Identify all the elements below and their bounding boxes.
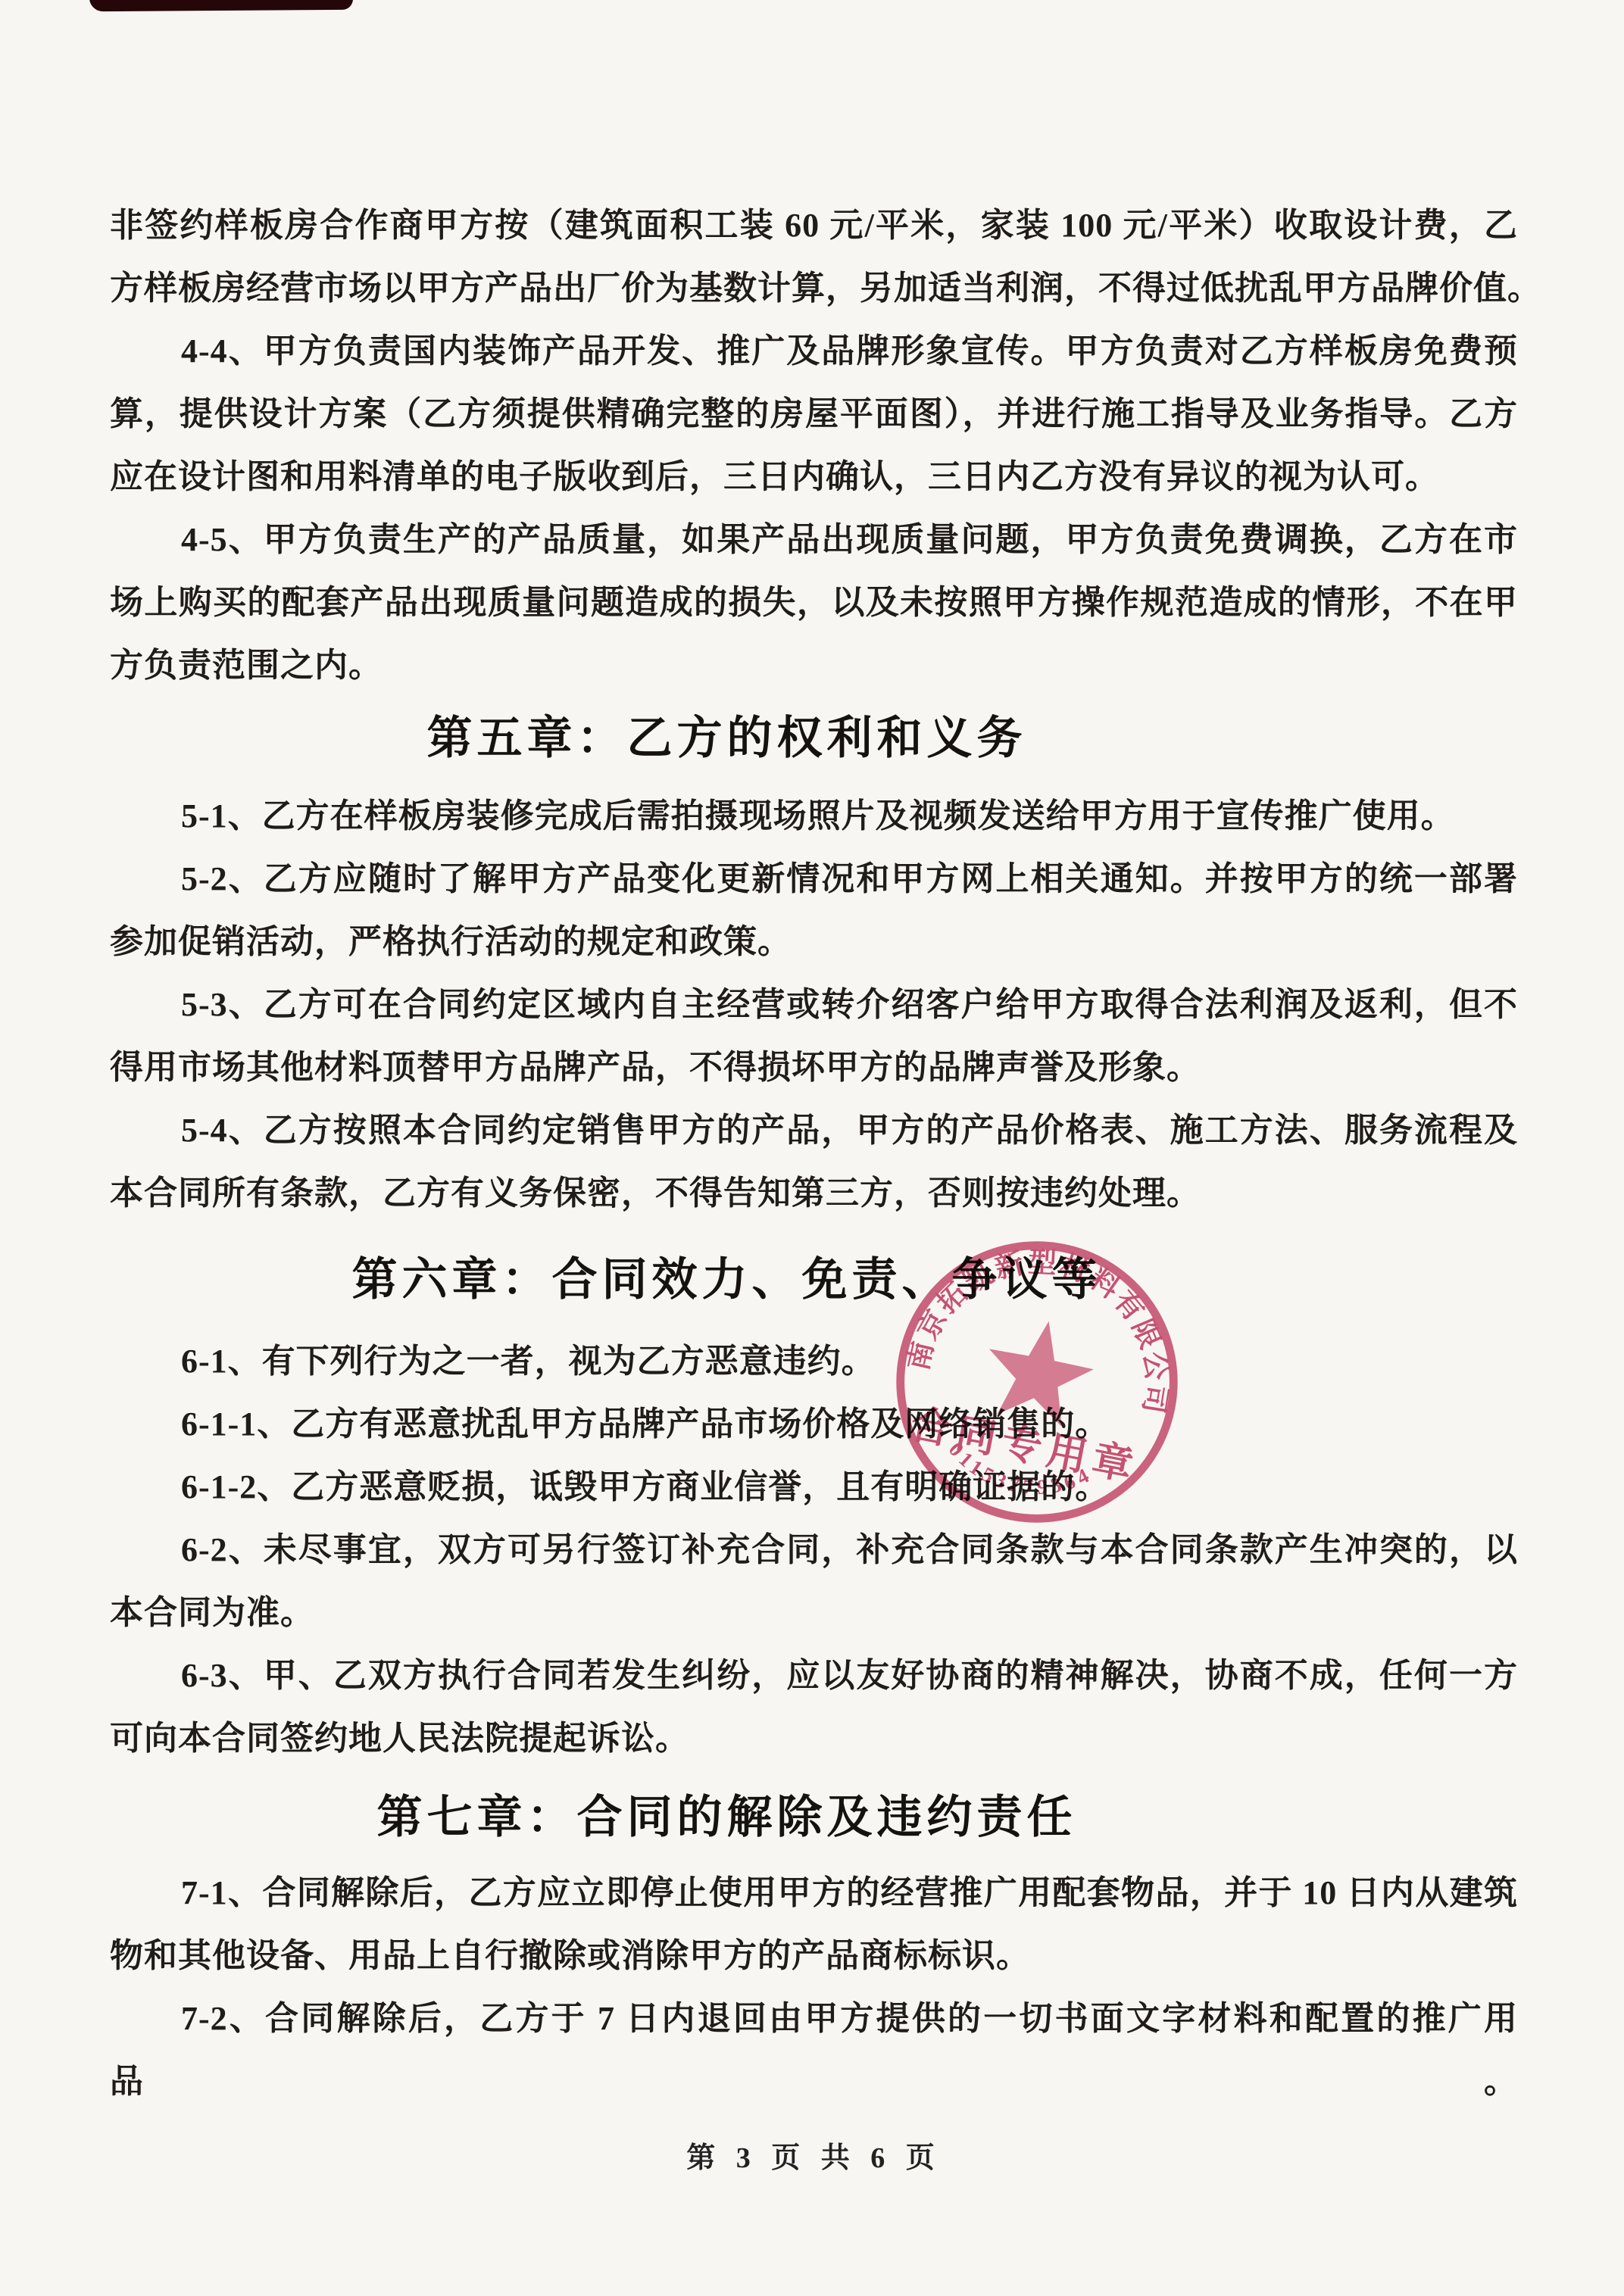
text-line: 4-5、甲方负责生产的产品质量，如果产品出现质量问题，甲方负责免费调换，乙方在市 bbox=[110, 508, 1518, 571]
text-line: 参加促销活动，严格执行活动的规定和政策。 bbox=[110, 910, 1518, 973]
contract-page: 非签约样板房合作商甲方按（建筑面积工装 60 元/平米，家装 100 元/平米）… bbox=[0, 0, 1624, 2296]
text-line: 6-1-2、乙方恶意贬损，诋毁甲方商业信誉，且有明确证据的。 bbox=[110, 1455, 1518, 1518]
page-footer: 第 3 页 共 6 页 bbox=[0, 2134, 1624, 2176]
text-line: 本合同所有条款，乙方有义务保密，不得告知第三方，否则按违约处理。 bbox=[110, 1162, 1518, 1224]
chapter-heading: 第五章：乙方的权利和义务 bbox=[23, 700, 1431, 776]
text-line: 6-1-1、乙方有恶意扰乱甲方品牌产品市场价格及网络销售的。 bbox=[110, 1393, 1518, 1455]
text-line: 方负责范围之内。 bbox=[110, 634, 1518, 697]
text-line: 物和其他设备、用品上自行撤除或消除甲方的产品商标标识。 bbox=[110, 1924, 1518, 1987]
contract-body: 非签约样板房合作商甲方按（建筑面积工装 60 元/平米，家装 100 元/平米）… bbox=[110, 0, 1518, 2050]
text-line: 6-3、甲、乙双方执行合同若发生纠纷，应以友好协商的精神解决，协商不成，任何一方 bbox=[110, 1644, 1518, 1707]
text-line: 可向本合同签约地人民法院提起诉讼。 bbox=[110, 1707, 1518, 1770]
text-line: 应在设计图和用料清单的电子版收到后，三日内确认，三日内乙方没有异议的视为认可。 bbox=[110, 445, 1518, 508]
text-line: 7-1、合同解除后，乙方应立即停止使用甲方的经营推广用配套物品，并于 10 日内… bbox=[110, 1861, 1518, 1924]
text-line: 方样板房经营市场以甲方产品出厂价为基数计算，另加适当利润，不得过低扰乱甲方品牌价… bbox=[110, 257, 1518, 320]
text-line: 场上购买的配套产品出现质量问题造成的损失，以及未按照甲方操作规范造成的情形，不在… bbox=[110, 571, 1518, 634]
text-line: 5-1、乙方在样板房装修完成后需拍摄现场照片及视频发送给甲方用于宣传推广使用。 bbox=[110, 785, 1518, 847]
text-line: 4-4、甲方负责国内装饰产品开发、推广及品牌形象宣传。甲方负责对乙方样板房免费预 bbox=[110, 320, 1518, 382]
text-line: 本合同为准。 bbox=[110, 1581, 1518, 1644]
text-line: 5-4、乙方按照本合同约定销售甲方的产品，甲方的产品价格表、施工方法、服务流程及 bbox=[110, 1099, 1518, 1162]
text-line: 7-2、合同解除后，乙方于 7 日内退回由甲方提供的一切书面文字材料和配置的推广… bbox=[110, 1987, 1518, 2050]
text-line: 6-1、有下列行为之一者，视为乙方恶意违约。 bbox=[110, 1330, 1518, 1393]
text-line: 5-2、乙方应随时了解甲方产品变化更新情况和甲方网上相关通知。并按甲方的统一部署 bbox=[110, 847, 1518, 910]
text-line: 非签约样板房合作商甲方按（建筑面积工装 60 元/平米，家装 100 元/平米）… bbox=[110, 194, 1518, 257]
text-line: 算，提供设计方案（乙方须提供精确完整的房屋平面图），并进行施工指导及业务指导。乙… bbox=[110, 382, 1518, 445]
text-line: 6-2、未尽事宜，双方可另行签订补充合同，补充合同条款与本合同条款产生冲突的，以 bbox=[110, 1518, 1518, 1581]
chapter-heading: 第六章：合同效力、免责、争议等 bbox=[23, 1242, 1431, 1318]
chapter-heading: 第七章：合同的解除及违约责任 bbox=[23, 1780, 1431, 1855]
text-line: 得用市场其他材料顶替甲方品牌产品，不得损坏甲方的品牌声誉及形象。 bbox=[110, 1036, 1518, 1099]
text-line: 5-3、乙方可在合同约定区域内自主经营或转介绍客户给甲方取得合法利润及返利，但不 bbox=[110, 973, 1518, 1036]
